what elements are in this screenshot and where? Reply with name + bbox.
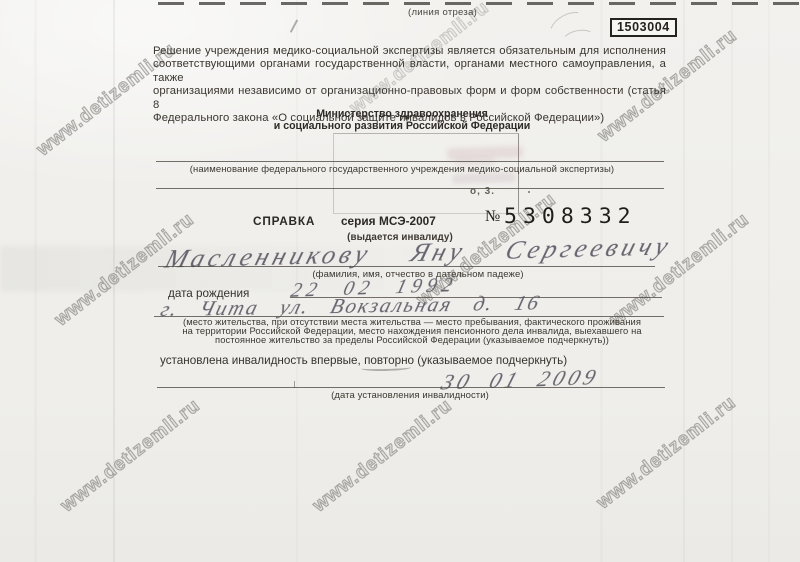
number-sign: № [485,208,500,226]
establish-date-caption: (дата установления инвалидности) [150,390,670,401]
watermark-text: www.detizemli.ru [57,395,205,517]
cut-line [158,2,800,5]
cut-line-label: (линия отреза) [408,7,477,18]
establish-date-rule [157,387,665,388]
residence-caption: (место жительства, при отсутствии места … [146,318,678,344]
certificate-title: СПРАВКА [253,214,315,228]
ministry-header: Министерство здравоохранения и социально… [142,109,662,133]
scan-streak [34,0,37,562]
watermark-text: www.detizemli.ru [309,395,457,517]
institution-name-rule [156,161,664,162]
pen-tick [294,381,295,388]
scan-streak [768,0,770,562]
institution-caption: (наименование федерального государственн… [140,164,664,175]
disability-prefix: установлена инвалидность впервые, [160,354,364,367]
ink-dot [528,191,530,193]
scan-streak [683,0,685,562]
series-value: МСЭ-2007 [379,214,436,228]
form-code-badge: 1503004 [610,18,677,37]
series-label: серия [341,214,375,228]
disability-certificate-scan: www.detizemli.ru www.detizemli.ru www.de… [0,0,800,562]
residence-caption-line: постоянное жительство за пределы Российс… [146,336,678,345]
handwritten-underline [361,364,411,371]
scan-streak [731,0,733,562]
institution-name-rule-2 [156,188,664,189]
name-rule [158,266,655,267]
intro-line: Решение учреждения медико-социальной экс… [153,45,666,58]
pen-mark [290,19,298,32]
disability-suffix: (указываемое подчеркнуть) [414,354,567,367]
certificate-number: 5308332 [504,204,637,229]
scan-streak [113,0,115,562]
ministry-line-2: и социального развития Российской Федера… [142,121,662,133]
intro-line: соответствующими органами государственно… [153,58,666,85]
watermark-text: www.detizemli.ru [593,392,741,514]
